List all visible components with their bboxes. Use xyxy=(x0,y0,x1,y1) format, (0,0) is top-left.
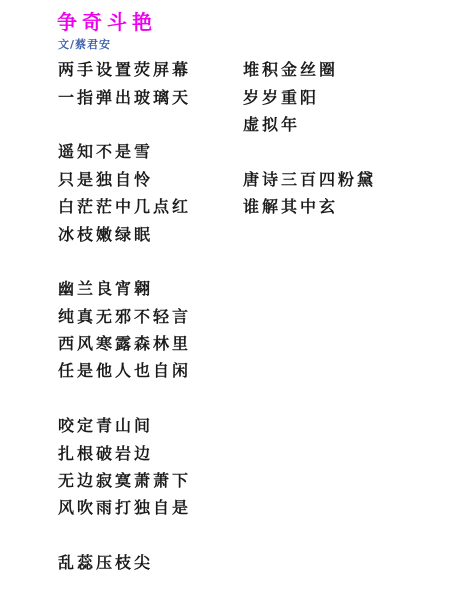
poem-row: 纯真无邪不轻言 xyxy=(58,302,458,329)
poem-line-left: 一指弹出玻璃天 xyxy=(58,85,243,108)
poem-row: 遥知不是雪 xyxy=(58,137,458,164)
poem-row: 无边寂寞萧萧下 xyxy=(58,466,458,493)
poem-row: 风吹雨打独自是 xyxy=(58,493,458,520)
poem-row xyxy=(58,384,458,411)
poem-line-left: 两手设置荧屏幕 xyxy=(58,57,243,80)
poem-row: 只是独自怜唐诗三百四粉黛 xyxy=(58,165,458,192)
poem-row: 两手设置荧屏幕堆积金丝圈 xyxy=(58,55,458,82)
poem-row: 虚拟年 xyxy=(58,110,458,137)
poem-line-left: 无边寂寞萧萧下 xyxy=(58,468,243,491)
poem-row xyxy=(58,521,458,548)
poem-line-left: 冰枝嫩绿眠 xyxy=(58,222,243,245)
page-title: 争奇斗艳 xyxy=(57,6,157,35)
poem-body: 两手设置荧屏幕堆积金丝圈一指弹出玻璃天岁岁重阳虚拟年遥知不是雪只是独自怜唐诗三百… xyxy=(58,55,458,575)
poem-line-left: 幽兰良宵翱 xyxy=(58,276,243,299)
document-page: 争奇斗艳 文/蔡君安 两手设置荧屏幕堆积金丝圈一指弹出玻璃天岁岁重阳虚拟年遥知不… xyxy=(0,0,468,600)
poem-row: 咬定青山间 xyxy=(58,411,458,438)
poem-row: 任是他人也自闲 xyxy=(58,356,458,383)
poem-row: 幽兰良宵翱 xyxy=(58,274,458,301)
poem-row: 西风寒露森林里 xyxy=(58,329,458,356)
poem-line-left: 白茫茫中几点红 xyxy=(58,194,243,217)
poem-line-right: 岁岁重阳 xyxy=(243,85,458,108)
poem-line-left: 纯真无邪不轻言 xyxy=(58,304,243,327)
poem-row: 白茫茫中几点红谁解其中玄 xyxy=(58,192,458,219)
author-byline: 文/蔡君安 xyxy=(58,36,111,52)
poem-line-left: 任是他人也自闲 xyxy=(58,358,243,381)
poem-line-left: 咬定青山间 xyxy=(58,413,243,436)
poem-row: 扎根破岩边 xyxy=(58,438,458,465)
poem-line-right: 虚拟年 xyxy=(243,112,458,135)
poem-line-left: 遥知不是雪 xyxy=(58,139,243,162)
poem-row xyxy=(58,247,458,274)
poem-line-left: 西风寒露森林里 xyxy=(58,331,243,354)
poem-line-right: 谁解其中玄 xyxy=(243,194,458,217)
poem-line-right: 唐诗三百四粉黛 xyxy=(243,167,458,190)
poem-line-left: 扎根破岩边 xyxy=(58,441,243,464)
poem-line-left: 乱蕊压枝尖 xyxy=(58,550,243,573)
poem-line-right: 堆积金丝圈 xyxy=(243,57,458,80)
poem-row: 一指弹出玻璃天岁岁重阳 xyxy=(58,82,458,109)
poem-row: 乱蕊压枝尖 xyxy=(58,548,458,575)
poem-line-left: 风吹雨打独自是 xyxy=(58,495,243,518)
poem-row: 冰枝嫩绿眠 xyxy=(58,219,458,246)
poem-line-left: 只是独自怜 xyxy=(58,167,243,190)
